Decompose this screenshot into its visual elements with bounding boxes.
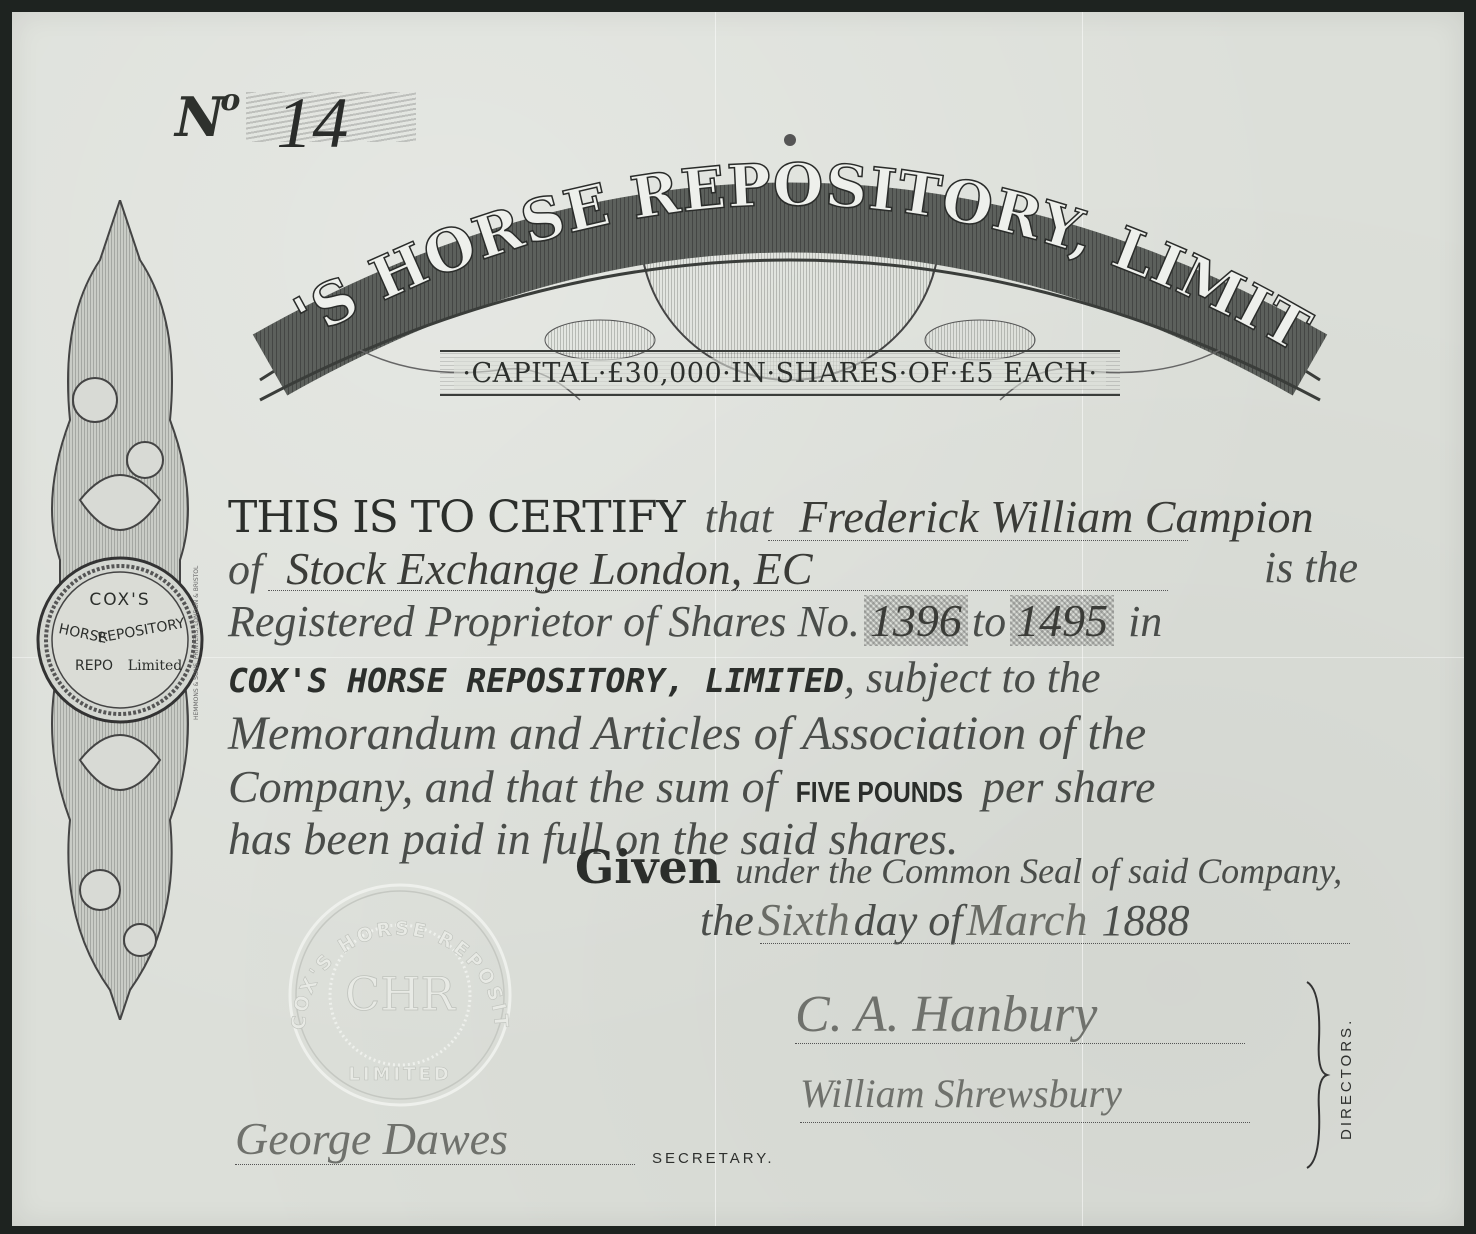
certify-line: THIS IS TO CERTIFY that Frederick Willia… — [228, 490, 1368, 540]
company-line: COX'S HORSE REPOSITORY, LIMITED, subject… — [228, 652, 1368, 702]
directors-brace — [1305, 980, 1335, 1170]
seal-monogram: CHR — [345, 967, 456, 1021]
secretary-signature: George Dawes — [235, 1112, 635, 1165]
issue-day: Sixth — [758, 894, 850, 945]
company-medallion: COX'S HORSE REPOSITORY REPO Limited — [38, 558, 202, 722]
capital-band: ·CAPITAL·£30,000·IN·SHARES·OF·£5 EACH· — [440, 350, 1120, 396]
holder-name: Frederick William Campion — [799, 491, 1313, 542]
secretary-label: SECRETARY. — [652, 1150, 775, 1167]
directors-label: DIRECTORS. — [1338, 1018, 1355, 1140]
director-signature-2: William Shrewsbury — [800, 1070, 1260, 1130]
certify-heading: THIS IS TO CERTIFY — [228, 492, 685, 543]
issue-month: March — [967, 894, 1088, 945]
svg-text:REPO: REPO — [75, 658, 113, 674]
share-number-to: 1495 — [1010, 595, 1114, 646]
given-clause: Given under the Common Seal of said Comp… — [575, 840, 1375, 894]
shares-line: Registered Proprietor of Shares No. 1396… — [228, 594, 1368, 644]
left-ornament: COX'S HORSE REPOSITORY REPO Limited HEMM… — [30, 200, 210, 1020]
svg-text:Limited: Limited — [128, 658, 182, 674]
issue-year: 1888 — [1101, 896, 1189, 945]
svg-text:LIMITED: LIMITED — [348, 1064, 451, 1085]
address-line: of Stock Exchange London, EC is the — [228, 542, 1368, 592]
amount-paid: FIVE POUNDS — [796, 777, 963, 810]
holder-address: Stock Exchange London, EC — [286, 543, 812, 594]
director-signature-1: C. A. Hanbury — [795, 985, 1255, 1045]
date-line: the Sixth day of March 1888 — [700, 893, 1360, 946]
capital-text: ·CAPITAL·£30,000·IN·SHARES·OF·£5 EACH· — [454, 358, 1105, 389]
embossed-seal: COX'S HORSE REPOSITORY LIMITED CHR — [275, 880, 525, 1110]
svg-text:COX'S: COX'S — [89, 590, 150, 610]
payment-line: Company, and that the sum of FIVE POUNDS… — [228, 760, 1368, 810]
printer-imprint: HEMMONS & SONS, PRINTERS, LONDON & BRIST… — [193, 565, 200, 720]
given-word: Given — [575, 840, 721, 894]
memorandum-line: Memorandum and Articles of Association o… — [228, 706, 1368, 756]
company-name: COX'S HORSE REPOSITORY, LIMITED — [228, 661, 844, 700]
share-number-from: 1396 — [864, 595, 968, 646]
